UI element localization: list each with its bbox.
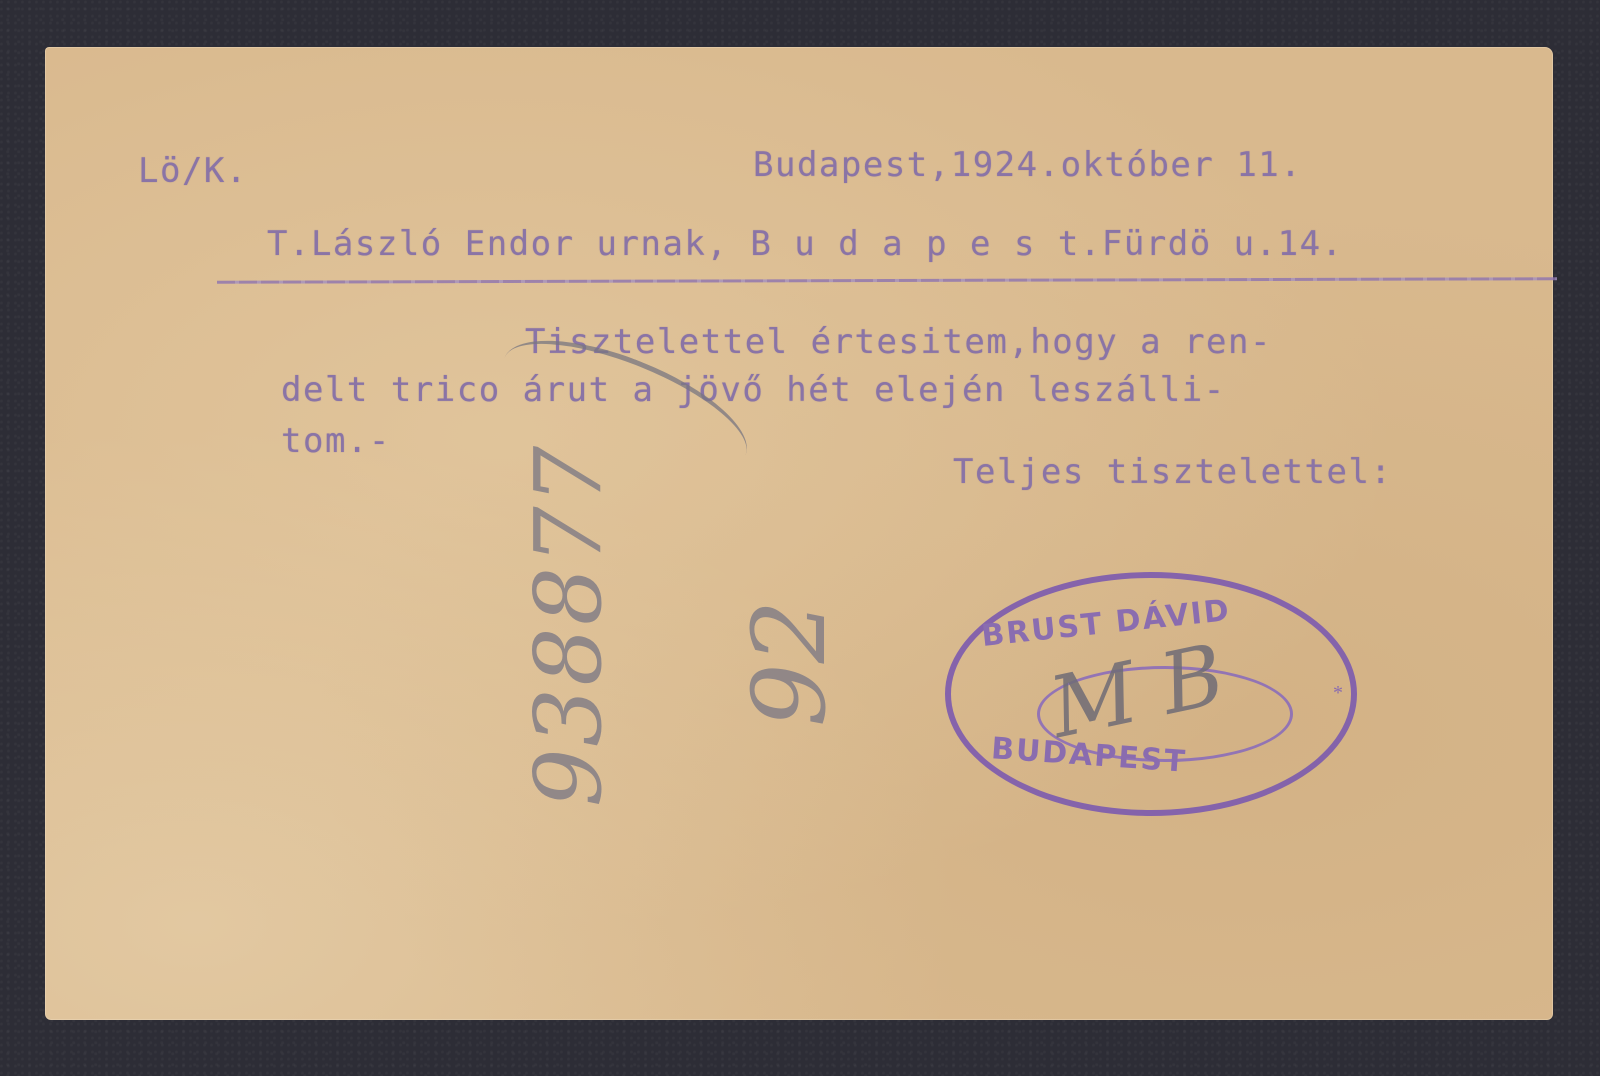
closing-line: Teljes tisztelettel:	[953, 452, 1392, 492]
body-line-2: delt trico árut a jövő hét elején leszál…	[281, 370, 1226, 410]
addressee-line: T.László Endor urnak, B u d a p e s t.Fü…	[267, 224, 1344, 264]
pencil-note-left: 938877	[515, 444, 622, 807]
pencil-note-right: 92	[731, 600, 848, 727]
body-line-1: Tisztelettel értesitem,hogy a ren-	[525, 322, 1272, 362]
star-icon: *	[1333, 682, 1343, 705]
date-line: Budapest,1924.október 11.	[753, 145, 1302, 185]
postcard: Lö/K. Budapest,1924.október 11. T.László…	[45, 47, 1553, 1020]
reference-mark: Lö/K.	[138, 151, 248, 191]
addressee-underline	[217, 277, 1557, 284]
body-line-3: tom.-	[281, 421, 391, 461]
